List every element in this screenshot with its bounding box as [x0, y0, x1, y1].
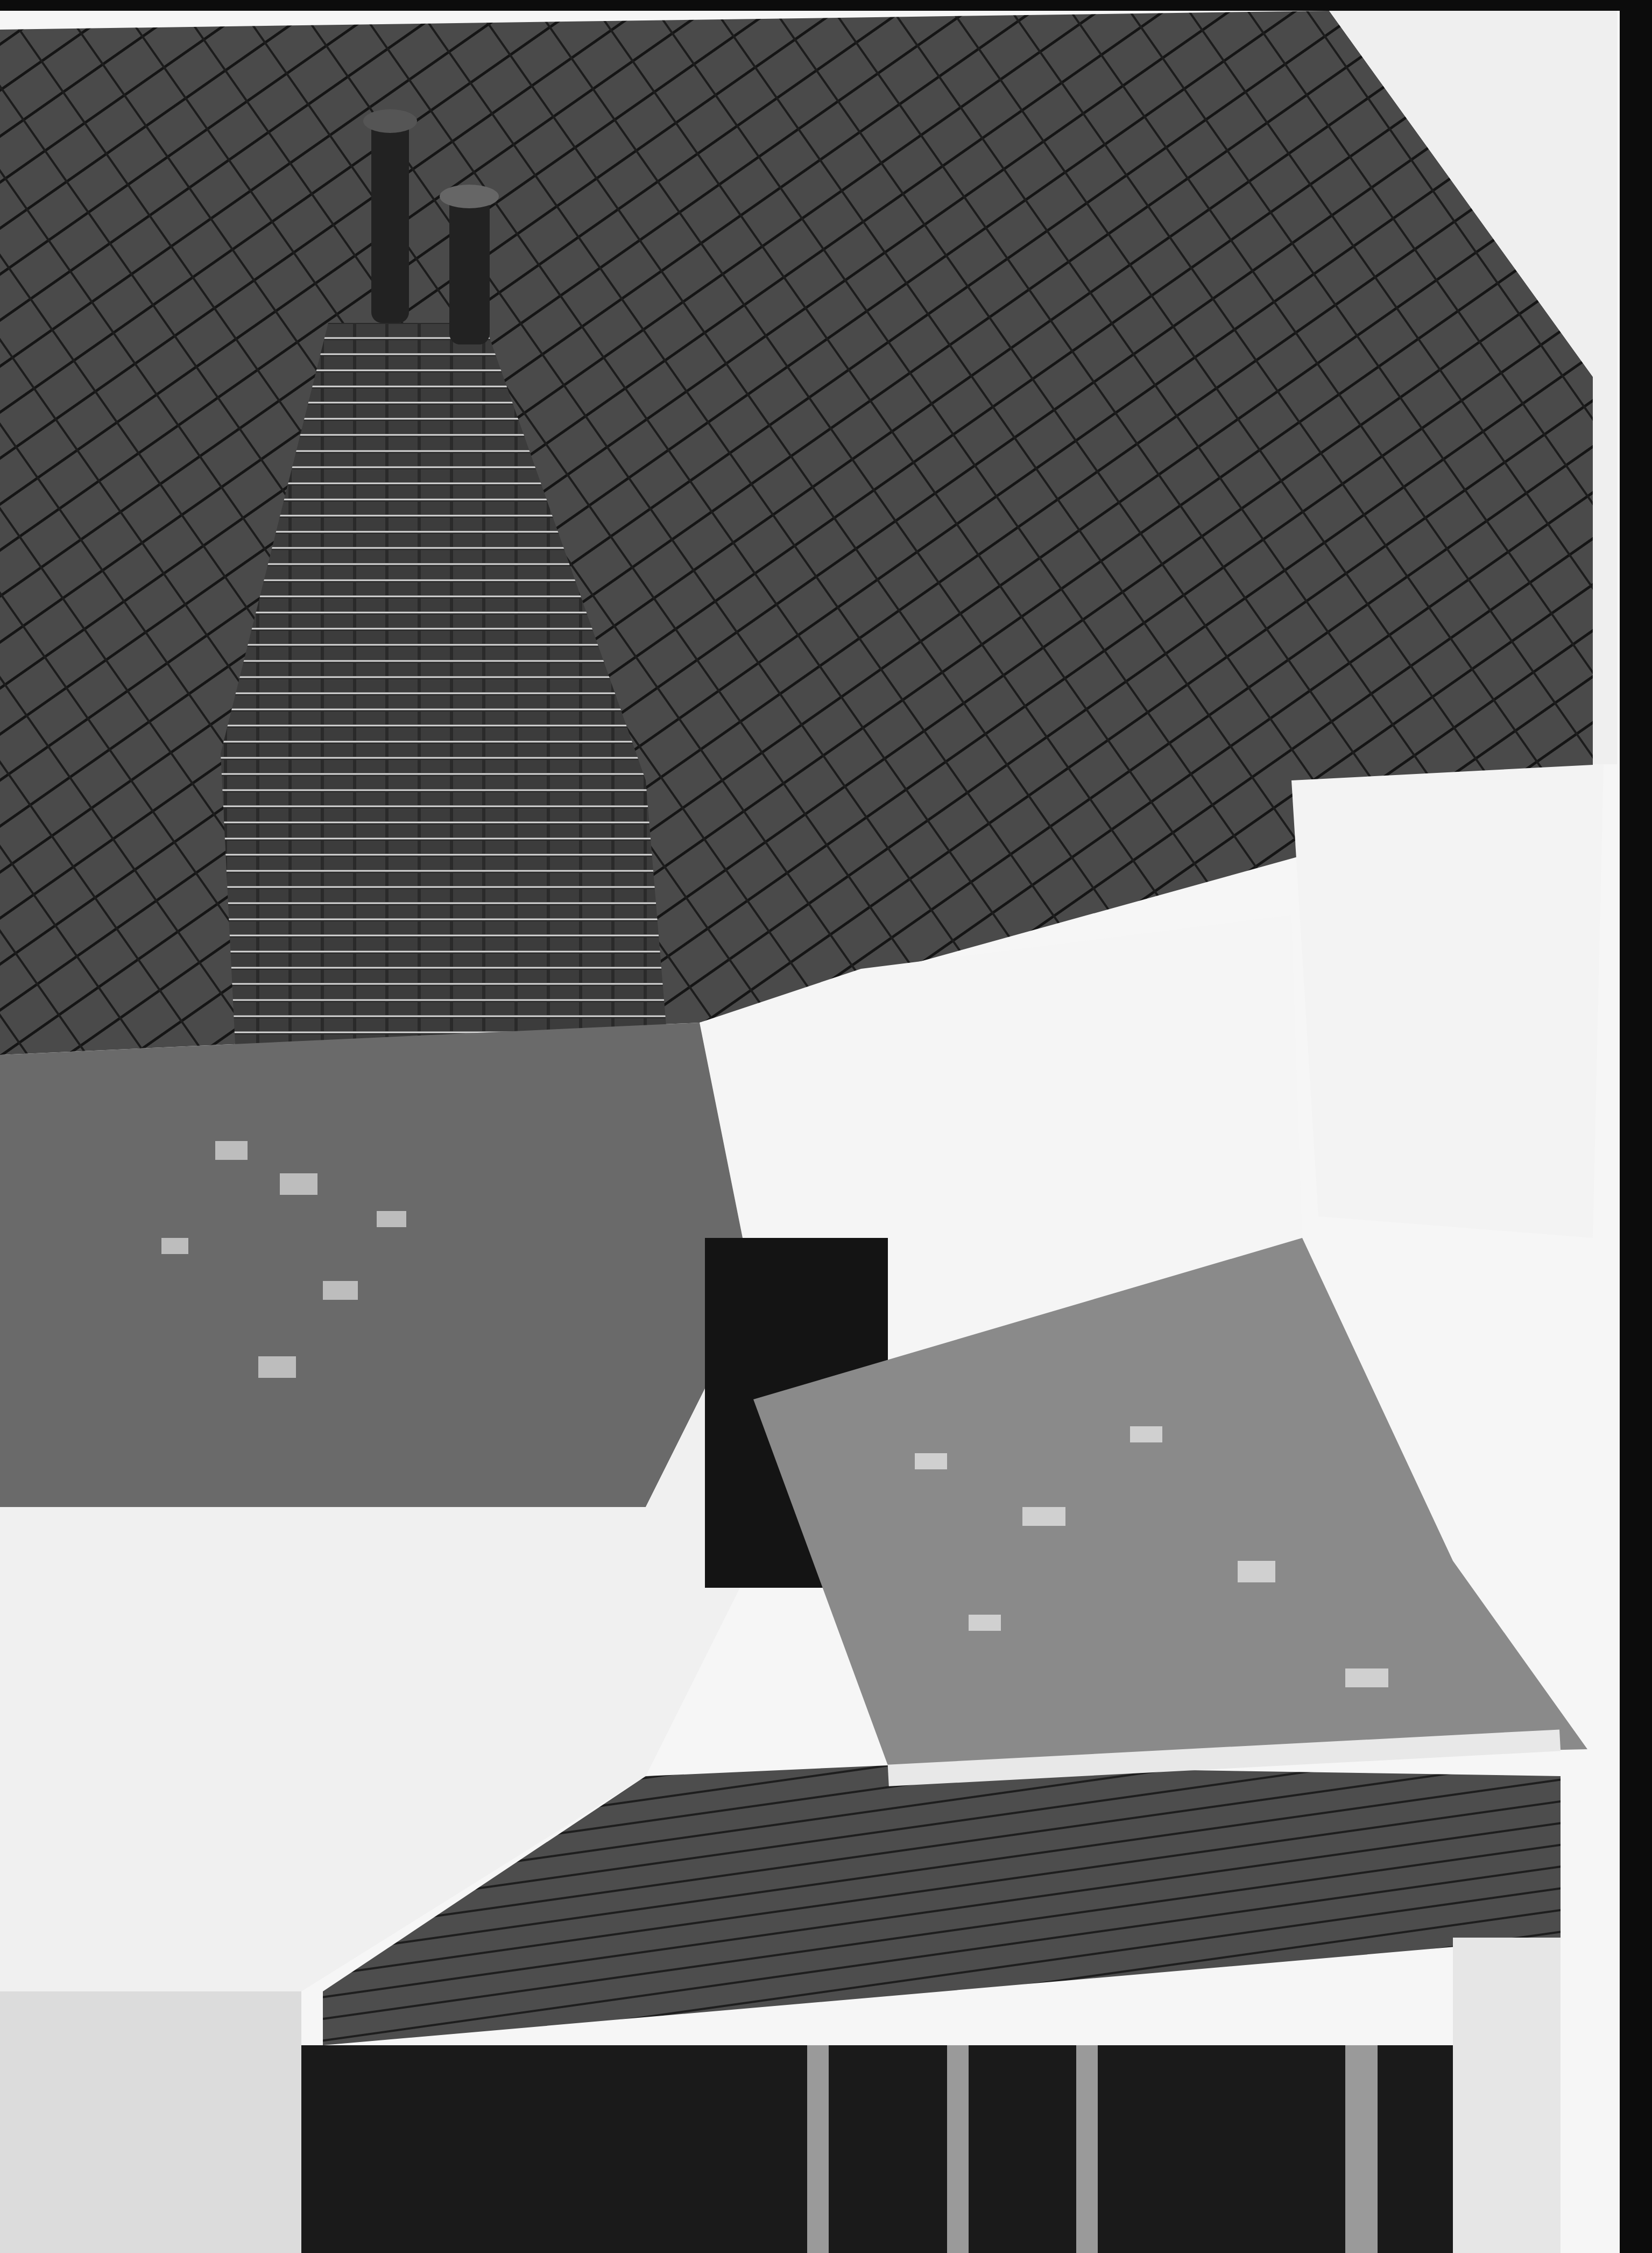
chimney-pot-right: [449, 194, 490, 344]
photograph: [0, 0, 1652, 2253]
chimney-pot-right-rim: [440, 185, 499, 208]
chimney-pot-left-rim: [363, 109, 417, 133]
photo-illustration: [0, 0, 1652, 2253]
plaster-wall-right: [1291, 764, 1604, 1238]
lower-wall-right: [1453, 1938, 1561, 2253]
lower-wall-left: [0, 1991, 301, 2253]
chimney-pot-left: [371, 118, 409, 323]
